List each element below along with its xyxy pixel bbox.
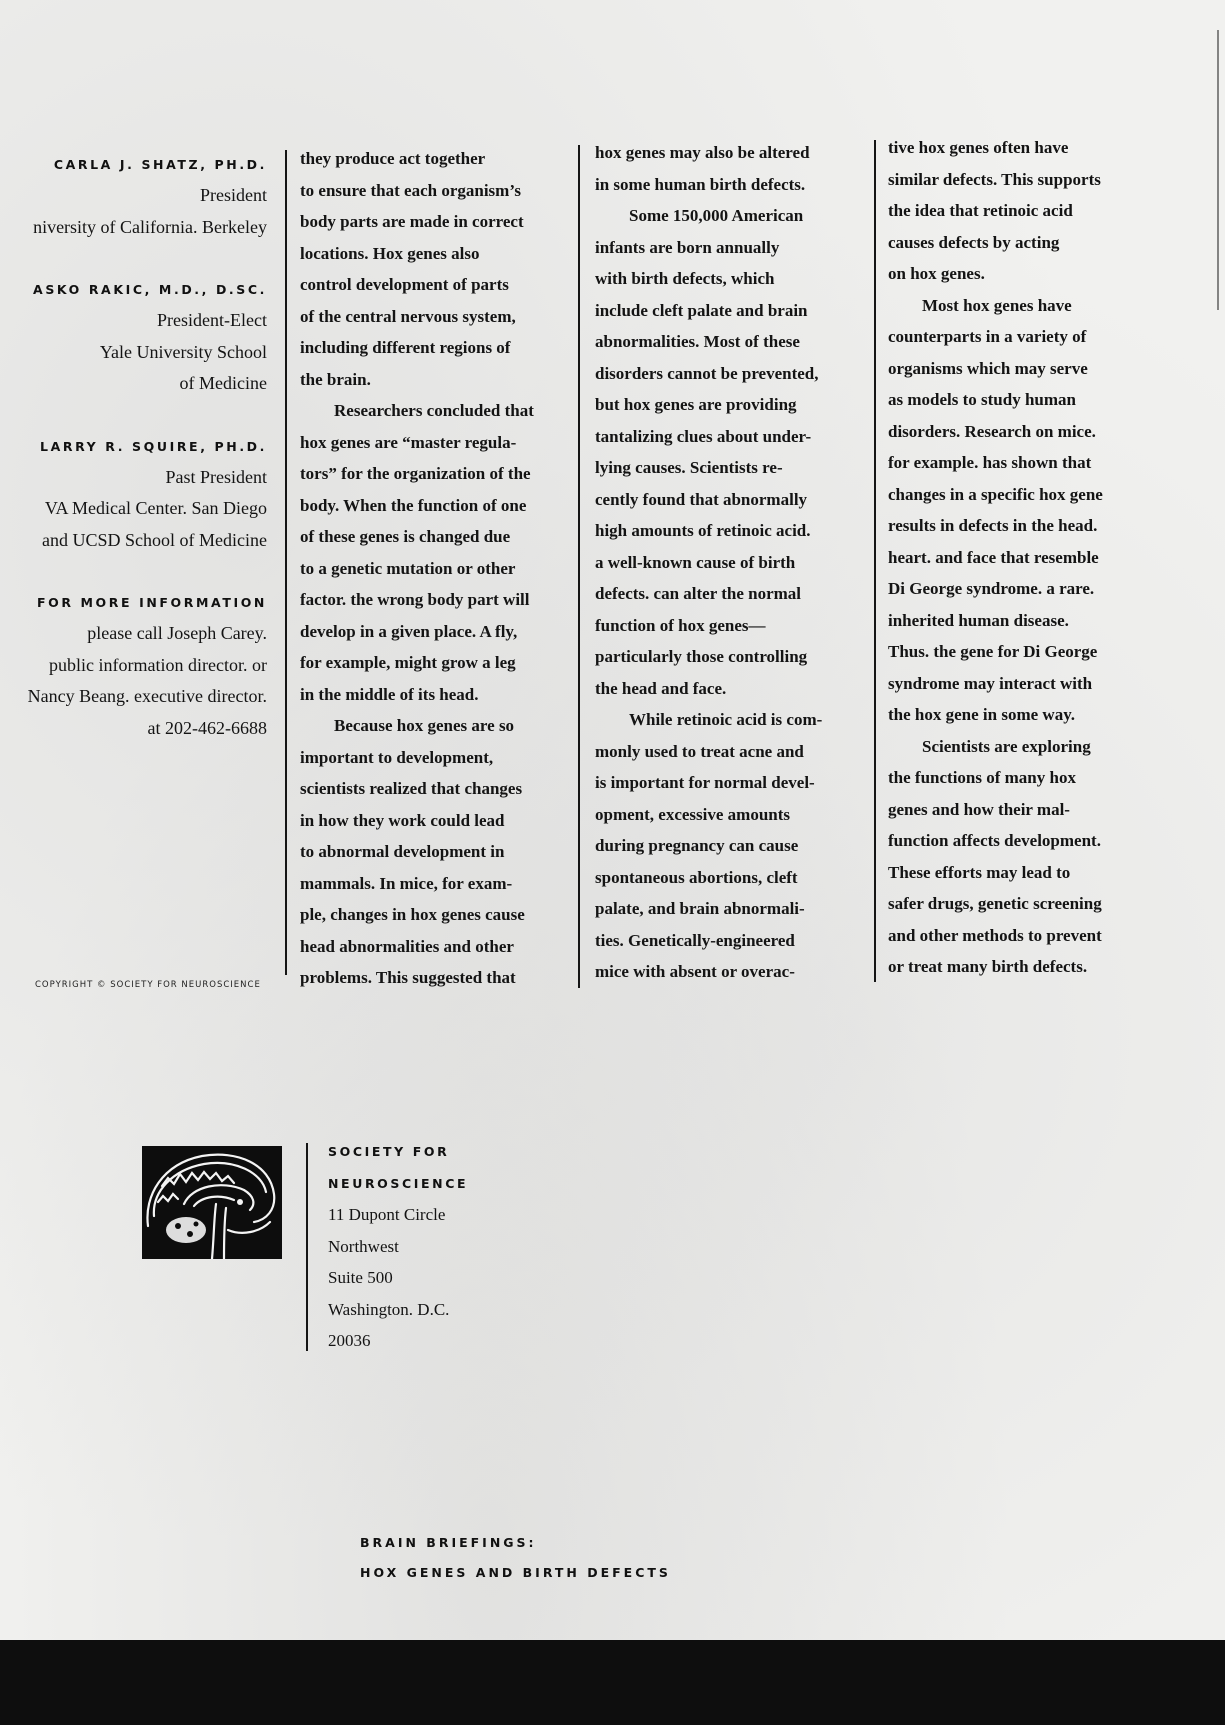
society-address: SOCIETY FOR NEUROSCIENCE 11 Dupont Circl… [328,1136,468,1357]
org-name-line: SOCIETY FOR [328,1136,468,1168]
text-line: mammals. In mice, for exam- [300,868,534,900]
address-line: 11 Dupont Circle [328,1199,468,1231]
address-line: Washington. D.C. [328,1294,468,1326]
text-line: monly used to treat acne and [595,736,822,768]
text-line: counterparts in a variety of [888,321,1103,353]
address-line: Suite 500 [328,1262,468,1294]
officer-block: ASKO RAKIC, M.D., D.SC. President-Elect … [0,275,267,400]
officer-affiliation: Yale University School [0,337,267,369]
text-line: opment, excessive amounts [595,799,822,831]
address-line: Northwest [328,1231,468,1263]
officer-role: Past President [0,462,267,494]
text-line: spontaneous abortions, cleft [595,862,822,894]
officer-name: ASKO RAKIC, M.D., D.SC. [0,275,267,305]
text-line: for example, might grow a leg [300,647,534,679]
more-info-line: Nancy Beang. executive director. [0,681,267,713]
text-line: Thus. the gene for Di George [888,636,1103,668]
paragraph-start-line: Researchers concluded that [300,395,534,427]
text-line: the functions of many hox [888,762,1103,794]
text-line: results in defects in the head. [888,510,1103,542]
text-line: to a genetic mutation or other [300,553,534,585]
text-line: the idea that retinoic acid [888,195,1103,227]
text-line: in how they work could lead [300,805,534,837]
text-line: in some human birth defects. [595,169,822,201]
text-line: hox genes are “master regula- [300,427,534,459]
address-rule [306,1143,308,1351]
text-line: the brain. [300,364,534,396]
text-line: on hox genes. [888,258,1103,290]
org-name-line: NEUROSCIENCE [328,1168,468,1200]
scanner-background-bar [0,1640,1225,1725]
text-line: or treat many birth defects. [888,951,1103,983]
text-line: of these genes is changed due [300,521,534,553]
text-line: lying causes. Scientists re- [595,452,822,484]
text-line: include cleft palate and brain [595,295,822,327]
officer-affiliation: of Medicine [0,368,267,400]
text-line: and other methods to prevent [888,920,1103,952]
paragraph-start-line: Some 150,000 American [595,200,822,232]
text-line: body parts are made in correct [300,206,534,238]
column-rule [578,145,580,988]
text-line: to abnormal development in [300,836,534,868]
column-rule [874,140,876,982]
text-line: infants are born annually [595,232,822,264]
article-column-3: tive hox genes often havesimilar defects… [888,132,1103,983]
text-line: ties. Genetically-engineered [595,925,822,957]
officer-name: LARRY R. SQUIRE, PH.D. [0,432,267,462]
briefing-title-block: BRAIN BRIEFINGS: HOX GENES AND BIRTH DEF… [360,1528,671,1588]
text-line: particularly those controlling [595,641,822,673]
text-line: organisms which may serve [888,353,1103,385]
text-line: including different regions of [300,332,534,364]
text-line: These efforts may lead to [888,857,1103,889]
text-line: Di George syndrome. a rare. [888,573,1103,605]
text-line: for example. has shown that [888,447,1103,479]
paragraph-start-line: Scientists are exploring [888,731,1103,763]
text-line: tors” for the organization of the [300,458,534,490]
paragraph-start-line: Most hox genes have [888,290,1103,322]
series-label: BRAIN BRIEFINGS: [360,1528,671,1558]
text-line: tive hox genes often have [888,132,1103,164]
officer-affiliation: VA Medical Center. San Diego [0,493,267,525]
text-line: heart. and face that resemble [888,542,1103,574]
text-line: the hox gene in some way. [888,699,1103,731]
text-line: factor. the wrong body part will [300,584,534,616]
text-line: abnormalities. Most of these [595,326,822,358]
more-info-block: FOR MORE INFORMATION please call Joseph … [0,588,267,744]
text-line: a well-known cause of birth [595,547,822,579]
text-line: develop in a given place. A fly, [300,616,534,648]
officer-affiliation: and UCSD School of Medicine [0,525,267,557]
text-line: ple, changes in hox genes cause [300,899,534,931]
paragraph-start-line: While retinoic acid is com- [595,704,822,736]
text-line: function of hox genes— [595,610,822,642]
text-line: with birth defects, which [595,263,822,295]
text-line: similar defects. This supports [888,164,1103,196]
text-line: palate, and brain abnormali- [595,893,822,925]
text-line: disorders. Research on mice. [888,416,1103,448]
copyright-notice: COPYRIGHT © SOCIETY FOR NEUROSCIENCE [35,980,275,990]
text-line: as models to study human [888,384,1103,416]
text-line: the head and face. [595,673,822,705]
text-line: control development of parts [300,269,534,301]
more-info-line: please call Joseph Carey. [0,618,267,650]
text-line: tantalizing clues about under- [595,421,822,453]
postal-code: 20036 [328,1325,468,1357]
text-line: function affects development. [888,825,1103,857]
text-line: scientists realized that changes [300,773,534,805]
text-line: causes defects by acting [888,227,1103,259]
text-line: during pregnancy can cause [595,830,822,862]
text-line: mice with absent or overac- [595,956,822,988]
column-rule [285,150,287,975]
text-line: disorders cannot be prevented, [595,358,822,390]
phone-number: at 202-462-6688 [0,713,267,745]
text-line: head abnormalities and other [300,931,534,963]
brain-logo-icon [142,1146,282,1259]
text-line: body. When the function of one [300,490,534,522]
officer-block: LARRY R. SQUIRE, PH.D. Past President VA… [0,432,267,557]
text-line: locations. Hox genes also [300,238,534,270]
officer-role: President-Elect [0,305,267,337]
text-line: syndrome may interact with [888,668,1103,700]
text-line: safer drugs, genetic screening [888,888,1103,920]
text-line: high amounts of retinoic acid. [595,515,822,547]
text-line: important to development, [300,742,534,774]
text-line: but hox genes are providing [595,389,822,421]
more-info-heading: FOR MORE INFORMATION [0,588,267,618]
text-line: they produce act together [300,143,534,175]
text-line: inherited human disease. [888,605,1103,637]
article-column-2: hox genes may also be alteredin some hum… [595,137,822,988]
text-line: genes and how their mal- [888,794,1103,826]
article-column-1: they produce act togetherto ensure that … [300,143,534,994]
text-line: problems. This suggested that [300,962,534,994]
document-title: HOX GENES AND BIRTH DEFECTS [360,1558,671,1588]
text-line: cently found that abnormally [595,484,822,516]
officers-sidebar: CARLA J. SHATZ, PH.D. President niversit… [0,150,267,776]
officer-role: President [0,180,267,212]
officer-affiliation: niversity of California. Berkeley [0,212,267,244]
text-line: to ensure that each organism’s [300,175,534,207]
document-page: CARLA J. SHATZ, PH.D. President niversit… [0,0,1225,1640]
scan-edge-artifact [1217,30,1219,310]
text-line: hox genes may also be altered [595,137,822,169]
text-line: of the central nervous system, [300,301,534,333]
more-info-line: public information director. or [0,650,267,682]
officer-name: CARLA J. SHATZ, PH.D. [0,150,267,180]
paragraph-start-line: Because hox genes are so [300,710,534,742]
text-line: changes in a specific hox gene [888,479,1103,511]
text-line: in the middle of its head. [300,679,534,711]
text-line: defects. can alter the normal [595,578,822,610]
text-line: is important for normal devel- [595,767,822,799]
officer-block: CARLA J. SHATZ, PH.D. President niversit… [0,150,267,243]
